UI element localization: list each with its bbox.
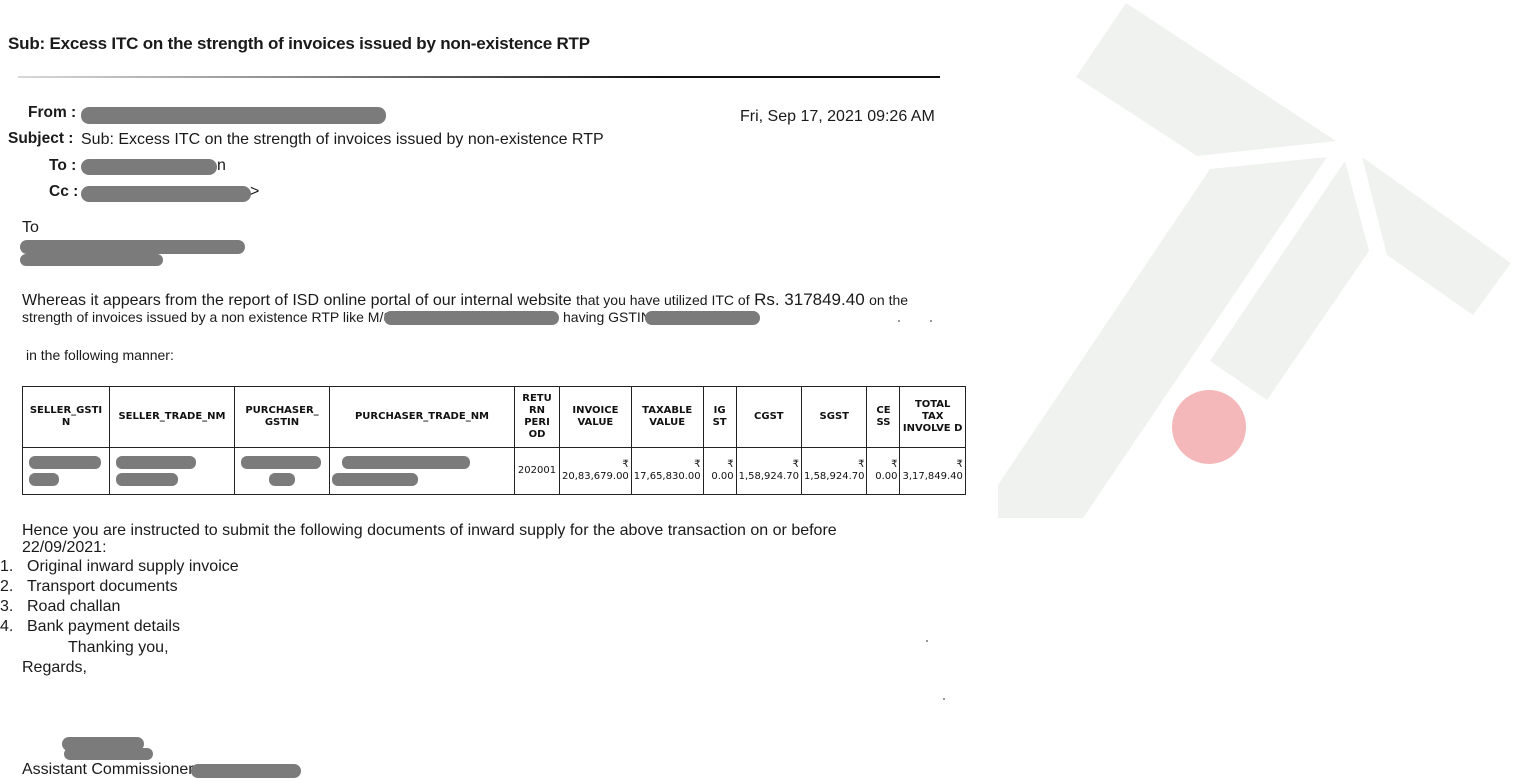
col-purchaser-gstin: PURCHASER_ GSTIN [235,387,330,448]
signature-name-redacted-2 [64,748,153,760]
col-return-period: RETU RN PERI OD [515,387,560,448]
thanking-text: Thanking you, [68,639,169,657]
document-title: Sub: Excess ITC on the strength of invoi… [8,34,590,54]
para1-text-a: Whereas it appears from the report of IS… [22,292,572,309]
cc-value-suffix: > [250,183,259,201]
col-total-tax-involved: TOTAL TAX INVOLVE D [900,387,965,448]
cell-taxable-value: ₹17,65,830.00 [631,448,703,495]
gstin-label: having GSTIN [563,309,651,325]
scan-speck [926,640,928,642]
col-seller-trade-nm: SELLER_TRADE_NM [110,387,235,448]
subject-label: Subject : [8,130,73,148]
paragraph-1-line-2: strength of invoices issued by a non exi… [22,309,393,325]
cell-purchaser-trade-nm [330,448,515,495]
cell-return-period: 202001 [515,448,560,495]
scan-speck [930,320,932,322]
signature-office-redacted [191,764,301,778]
watermark-dot [1172,390,1246,464]
itc-table: SELLER_GSTI N SELLER_TRADE_NM PURCHASER_… [22,386,966,495]
scan-speck [943,698,945,700]
addressee-line-1-redacted [20,240,245,254]
list-item: 2.Transport documents [0,577,239,597]
cc-label: Cc : [49,183,78,201]
signature-title: Assistant Commissioner, [22,761,197,779]
cc-value-redacted [81,186,251,202]
to-label: To : [49,157,76,175]
cell-seller-trade-nm [110,448,235,495]
regards-text: Regards, [22,659,87,677]
rtp-name-redacted [384,311,559,325]
col-taxable-value: TAXABLE VALUE [631,387,703,448]
from-value-redacted [81,107,386,124]
scan-speck [898,320,900,322]
cell-purchaser-gstin [235,448,330,495]
to-value-redacted [81,159,217,175]
subject-value: Sub: Excess ITC on the strength of invoi… [81,131,604,149]
cell-total-tax-involved: ₹3,17,849.40 [900,448,965,495]
col-cgst: CGST [736,387,801,448]
required-documents-list: 1.Original inward supply invoice 2.Trans… [0,557,239,637]
col-seller-gstin: SELLER_GSTI N [23,387,110,448]
cell-cgst: ₹1,58,924.70 [736,448,801,495]
para1-text-c: on the [869,292,908,308]
watermark-logo [990,0,1536,640]
cell-igst: ₹0.00 [703,448,736,495]
col-invoice-value: INVOICE VALUE [560,387,632,448]
cell-seller-gstin [23,448,110,495]
manner-text: in the following manner: [26,347,174,363]
header-divider [18,76,940,78]
addressee-line-2-redacted [20,254,163,266]
para1-text-b: that you have utilized ITC of [576,292,750,308]
gstin-value-redacted [645,311,760,325]
paragraph-2-line-2: 22/09/2021: [22,539,107,557]
from-label: From : [28,104,76,122]
table-row: 202001 ₹20,83,679.00 ₹17,65,830.00 ₹0.00… [23,448,966,495]
paragraph-2-line-1: Hence you are instructed to submit the f… [22,522,837,540]
col-sgst: SGST [802,387,867,448]
cell-sgst: ₹1,58,924.70 [802,448,867,495]
paragraph-1-line-1: Whereas it appears from the report of IS… [22,290,908,310]
table-header-row: SELLER_GSTI N SELLER_TRADE_NM PURCHASER_… [23,387,966,448]
addressee-label: To [22,219,39,237]
col-purchaser-trade-nm: PURCHASER_TRADE_NM [330,387,515,448]
list-item: 4.Bank payment details [0,617,239,637]
list-item: 1.Original inward supply invoice [0,557,239,577]
cell-cess: ₹0.00 [867,448,900,495]
col-cess: CE SS [867,387,900,448]
email-date: Fri, Sep 17, 2021 09:26 AM [740,108,935,126]
itc-amount: Rs. 317849.40 [754,290,865,309]
cell-invoice-value: ₹20,83,679.00 [560,448,632,495]
list-item: 3.Road challan [0,597,239,617]
col-igst: IG ST [703,387,736,448]
to-value-suffix: n [217,157,226,175]
para1-text-d: strength of invoices issued by a non exi… [22,309,393,325]
